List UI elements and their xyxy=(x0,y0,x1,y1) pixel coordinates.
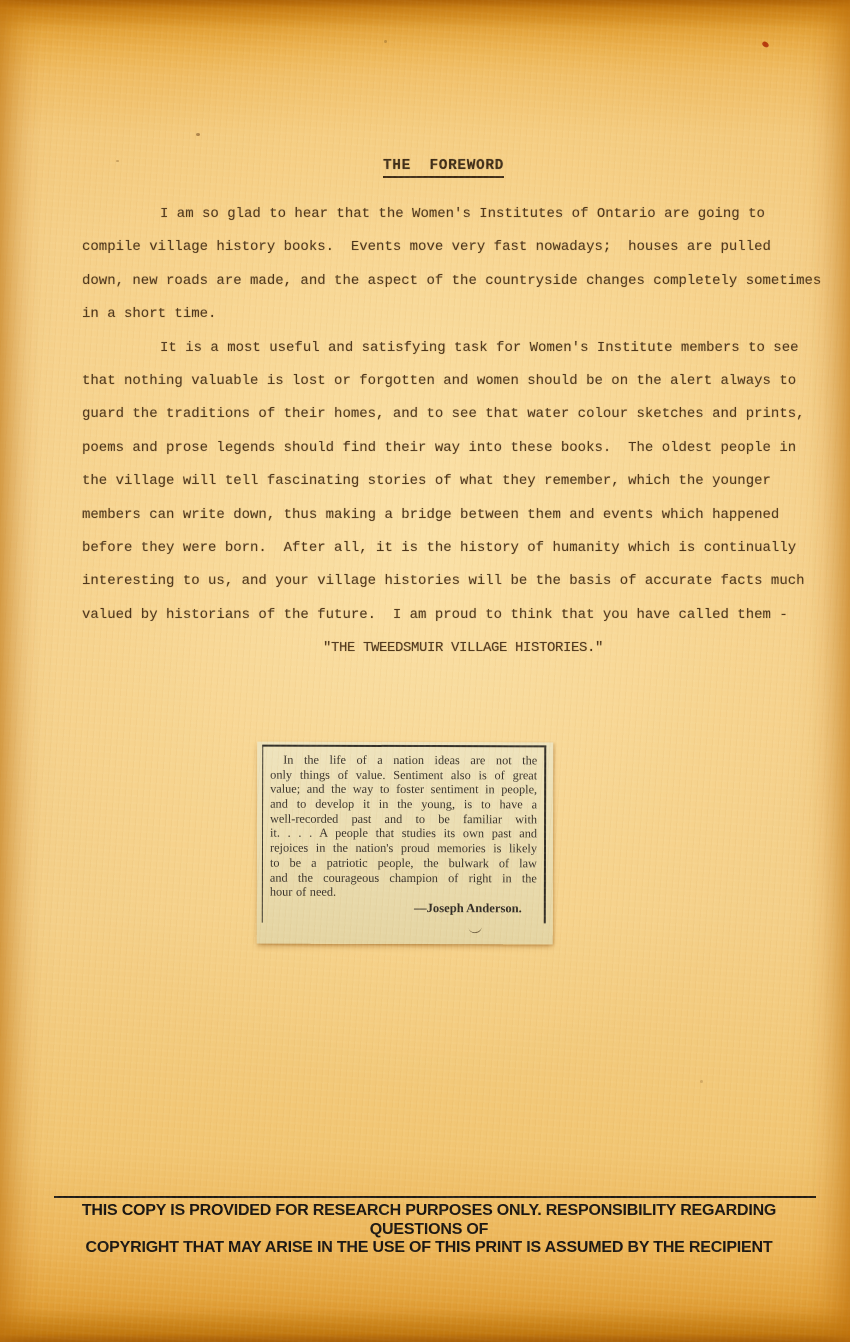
clipping-line: and the courageous champion of right in … xyxy=(270,870,537,885)
typed-line: the village will tell fascinating storie… xyxy=(82,465,827,498)
copyright-text-line: COPYRIGHT THAT MAY ARISE IN THE USE OF T… xyxy=(40,1239,818,1258)
paper-speck xyxy=(116,160,119,162)
typed-line: poems and prose legends should find thei… xyxy=(82,432,827,465)
clipping-line: only things of value. Sentiment also is … xyxy=(270,767,537,782)
clipping-attribution: —Joseph Anderson. xyxy=(270,900,537,917)
clipping-line: value; and the way to foster sentiment i… xyxy=(270,782,537,797)
copyright-notice: THIS COPY IS PROVIDED FOR RESEARCH PURPO… xyxy=(40,1196,818,1258)
clipping-line: well-recorded past and to be familiar wi… xyxy=(270,811,537,826)
clipping-line: it. . . . A people that studies its own … xyxy=(270,826,537,841)
newspaper-clipping: In the life of a nation ideas are not th… xyxy=(257,742,554,945)
typed-line: that nothing valuable is lost or forgott… xyxy=(82,365,827,398)
clipping-line: In the life of a nation ideas are not th… xyxy=(270,753,537,768)
typed-line: members can write down, thus making a br… xyxy=(82,499,827,532)
typed-body: I am so glad to hear that the Women's In… xyxy=(82,198,827,665)
clipping-line: to be a patriotic people, the bulwark of… xyxy=(270,855,537,870)
pen-mark xyxy=(468,926,482,934)
clipping-line: rejoices in the nation's proud memories … xyxy=(270,841,537,856)
typed-line: interesting to us, and your village hist… xyxy=(82,565,827,598)
typed-line: It is a most useful and satisfying task … xyxy=(82,332,827,365)
page-title: THE FOREWORD xyxy=(383,158,504,178)
footer-divider-line xyxy=(54,1196,816,1198)
typed-line: before they were born. After all, it is … xyxy=(82,532,827,565)
typed-line: in a short time. xyxy=(82,298,827,331)
typed-line: compile village history books. Events mo… xyxy=(82,231,827,264)
paper-speck xyxy=(196,133,200,136)
typed-line: guard the traditions of their homes, and… xyxy=(82,398,827,431)
scanned-document-page: THE FOREWORD I am so glad to hear that t… xyxy=(0,0,850,1342)
typed-line: down, new roads are made, and the aspect… xyxy=(82,265,827,298)
red-ink-speck xyxy=(761,41,770,49)
clipping-line: and to develop it in the young, is to ha… xyxy=(270,797,537,812)
closing-title-line: "THE TWEEDSMUIR VILLAGE HISTORIES." xyxy=(82,632,827,665)
typed-line: I am so glad to hear that the Women's In… xyxy=(82,198,827,231)
paper-speck xyxy=(384,40,387,43)
clipping-column: In the life of a nation ideas are not th… xyxy=(262,745,546,924)
typed-line: valued by historians of the future. I am… xyxy=(82,599,827,632)
paper-speck xyxy=(700,1080,703,1083)
clipping-line: hour of need. xyxy=(270,885,537,900)
copyright-text-line: THIS COPY IS PROVIDED FOR RESEARCH PURPO… xyxy=(40,1202,818,1239)
